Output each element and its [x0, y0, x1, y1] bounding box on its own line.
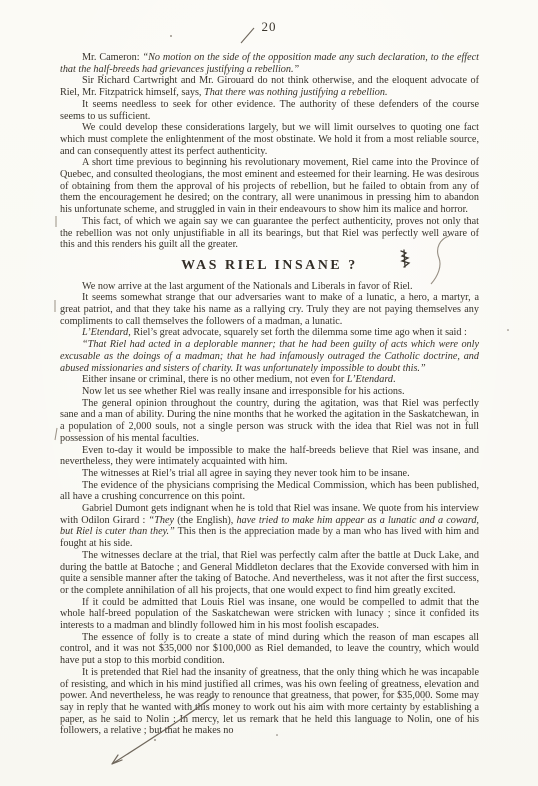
- text-run: We could develop these considerations la…: [60, 122, 479, 156]
- text-run: It is pretended that Riel had the insani…: [60, 667, 479, 737]
- paragraph: It is pretended that Riel had the insani…: [60, 667, 479, 737]
- text-run: It seems needless to seek for other evid…: [60, 99, 479, 122]
- text-run: We now arrive at the last argument of th…: [82, 281, 413, 292]
- text-run: If it could be admitted that Louis Riel …: [60, 597, 479, 631]
- italic-run: That there was nothing justifying a rebe…: [204, 87, 387, 98]
- text-run: .: [393, 374, 396, 385]
- text-run: The witnesses declare at the trial, that…: [60, 550, 479, 596]
- paragraph: Either insane or criminal, there is no o…: [60, 374, 479, 386]
- paragraph: The evidence of the physicians comprisin…: [60, 480, 479, 503]
- paragraph: This fact, of which we again say we can …: [60, 216, 479, 251]
- paragraph: L’Etendard, Riel’s great advocate, squar…: [60, 327, 479, 339]
- text-column: Mr. Cameron: “No motion on the side of t…: [60, 52, 479, 737]
- text-run: (the English),: [174, 515, 236, 526]
- paragraph: Mr. Cameron: “No motion on the side of t…: [60, 52, 479, 75]
- paragraph: Gabriel Dumont gets indignant when he is…: [60, 503, 479, 550]
- page-number: 20: [0, 19, 538, 35]
- paragraph: Even to-day it would be impossible to ma…: [60, 445, 479, 468]
- margin-dash-marks: [55, 216, 57, 440]
- paragraph: A short time previous to beginning his r…: [60, 157, 479, 216]
- text-run: , Riel’s great advocate, squarely set fo…: [128, 327, 467, 338]
- text-run: Now let us see whether Riel was really i…: [82, 386, 405, 397]
- text-run: The witnesses at Riel’s trial all agree …: [82, 468, 410, 479]
- text-run: The evidence of the physicians comprisin…: [60, 480, 479, 503]
- paragraph: We could develop these considerations la…: [60, 122, 479, 157]
- text-run: A short time previous to beginning his r…: [60, 157, 479, 215]
- paragraph: The witnesses at Riel’s trial all agree …: [60, 468, 479, 480]
- paragraph: The witnesses declare at the trial, that…: [60, 550, 479, 597]
- text-run: Mr. Cameron:: [82, 52, 142, 63]
- paragraph: It seems needless to seek for other evid…: [60, 99, 479, 122]
- italic-run: L’Etendard: [347, 374, 393, 385]
- section-heading: WAS RIEL INSANE ?: [60, 259, 479, 271]
- paragraph: Now let us see whether Riel was really i…: [60, 386, 479, 398]
- italic-run: L’Etendard: [82, 327, 128, 338]
- paragraph: The general opinion throughout the count…: [60, 398, 479, 445]
- paragraph: Sir Richard Cartwright and Mr. Girouard …: [60, 75, 479, 98]
- text-run: It seems somewhat strange that our adver…: [60, 292, 479, 326]
- text-run: This fact, of which we again say we can …: [60, 216, 479, 250]
- text-run: The general opinion throughout the count…: [60, 398, 479, 444]
- italic-run: “They: [149, 515, 174, 526]
- paragraph: If it could be admitted that Louis Riel …: [60, 597, 479, 632]
- text-run: Either insane or criminal, there is no o…: [82, 374, 347, 385]
- paragraph: “That Riel had acted in a deplorable man…: [60, 339, 479, 374]
- paragraph: We now arrive at the last argument of th…: [60, 281, 479, 293]
- text-run: The essence of folly is to create a stat…: [60, 632, 479, 666]
- paragraph: The essence of folly is to create a stat…: [60, 632, 479, 667]
- italic-run: “That Riel had acted in a deplorable man…: [60, 339, 479, 373]
- text-run: Even to-day it would be impossible to ma…: [60, 445, 479, 468]
- document-page: 20 Mr. Cameron: “No motion on the side o…: [0, 0, 538, 786]
- paragraph: It seems somewhat strange that our adver…: [60, 292, 479, 327]
